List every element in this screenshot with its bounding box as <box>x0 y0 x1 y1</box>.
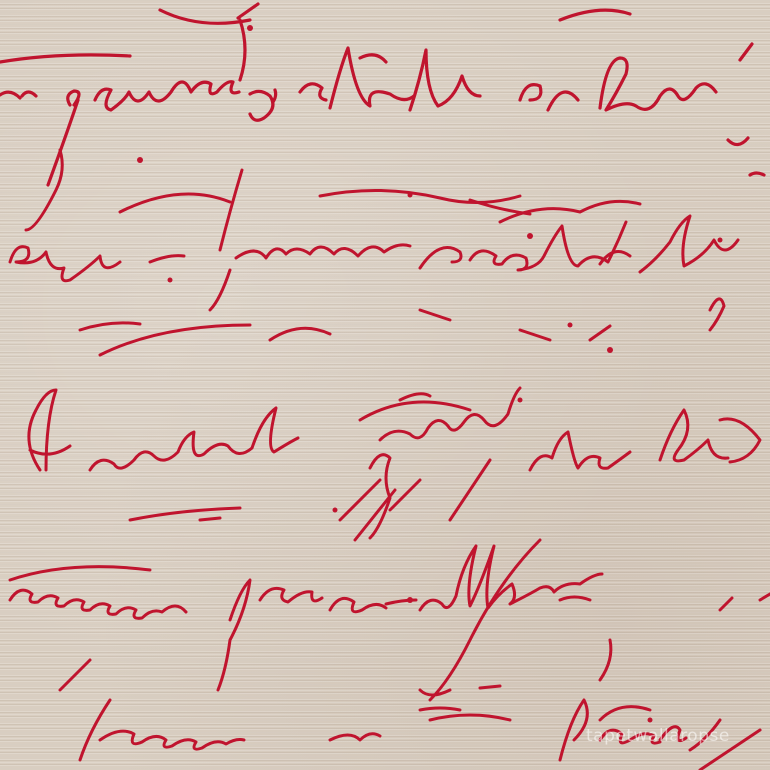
wallpaper-texture: tapetwallaropse <box>0 0 770 770</box>
watermark-text: tapetwallaropse <box>586 726 730 746</box>
cursive-handwriting <box>0 0 770 770</box>
script-line-4 <box>10 540 770 700</box>
script-line-1 <box>0 4 764 185</box>
script-line-2 <box>10 150 738 355</box>
script-line-5 <box>60 660 760 770</box>
ink-dots <box>137 25 723 723</box>
script-line-3 <box>29 388 760 540</box>
